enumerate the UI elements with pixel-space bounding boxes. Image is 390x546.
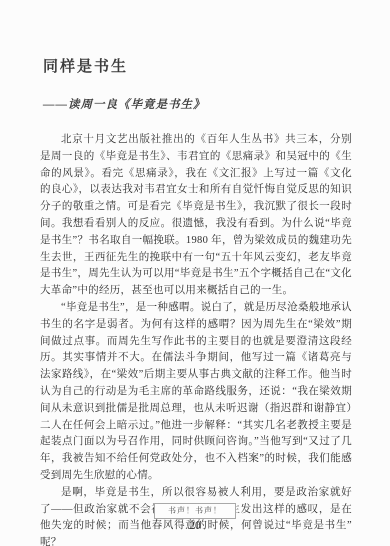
running-title: 书声！书声！ [168, 506, 222, 515]
running-title-box: 书声！书声！ [154, 503, 236, 519]
page-number: 20 [0, 520, 390, 532]
paragraph: 北京十月文艺出版社推出的《百年人生丛书》共三本，分别是周一良的《毕竟是书生》、韦… [40, 132, 352, 300]
article-title: 同样是书生 [43, 55, 128, 76]
paragraph: “毕竟是书生”，是一种感喟。说白了，就是历尽沧桑般地承认书生的名字是弱者。为何有… [40, 300, 352, 485]
article-subtitle: ——读周一良《毕竟是书生》 [43, 96, 206, 112]
article-body: 北京十月文艺出版社推出的《百年人生丛书》共三本，分别是周一良的《毕竟是书生》、韦… [40, 132, 352, 546]
book-page: 同样是书生 ——读周一良《毕竟是书生》 北京十月文艺出版社推出的《百年人生丛书》… [0, 0, 390, 546]
